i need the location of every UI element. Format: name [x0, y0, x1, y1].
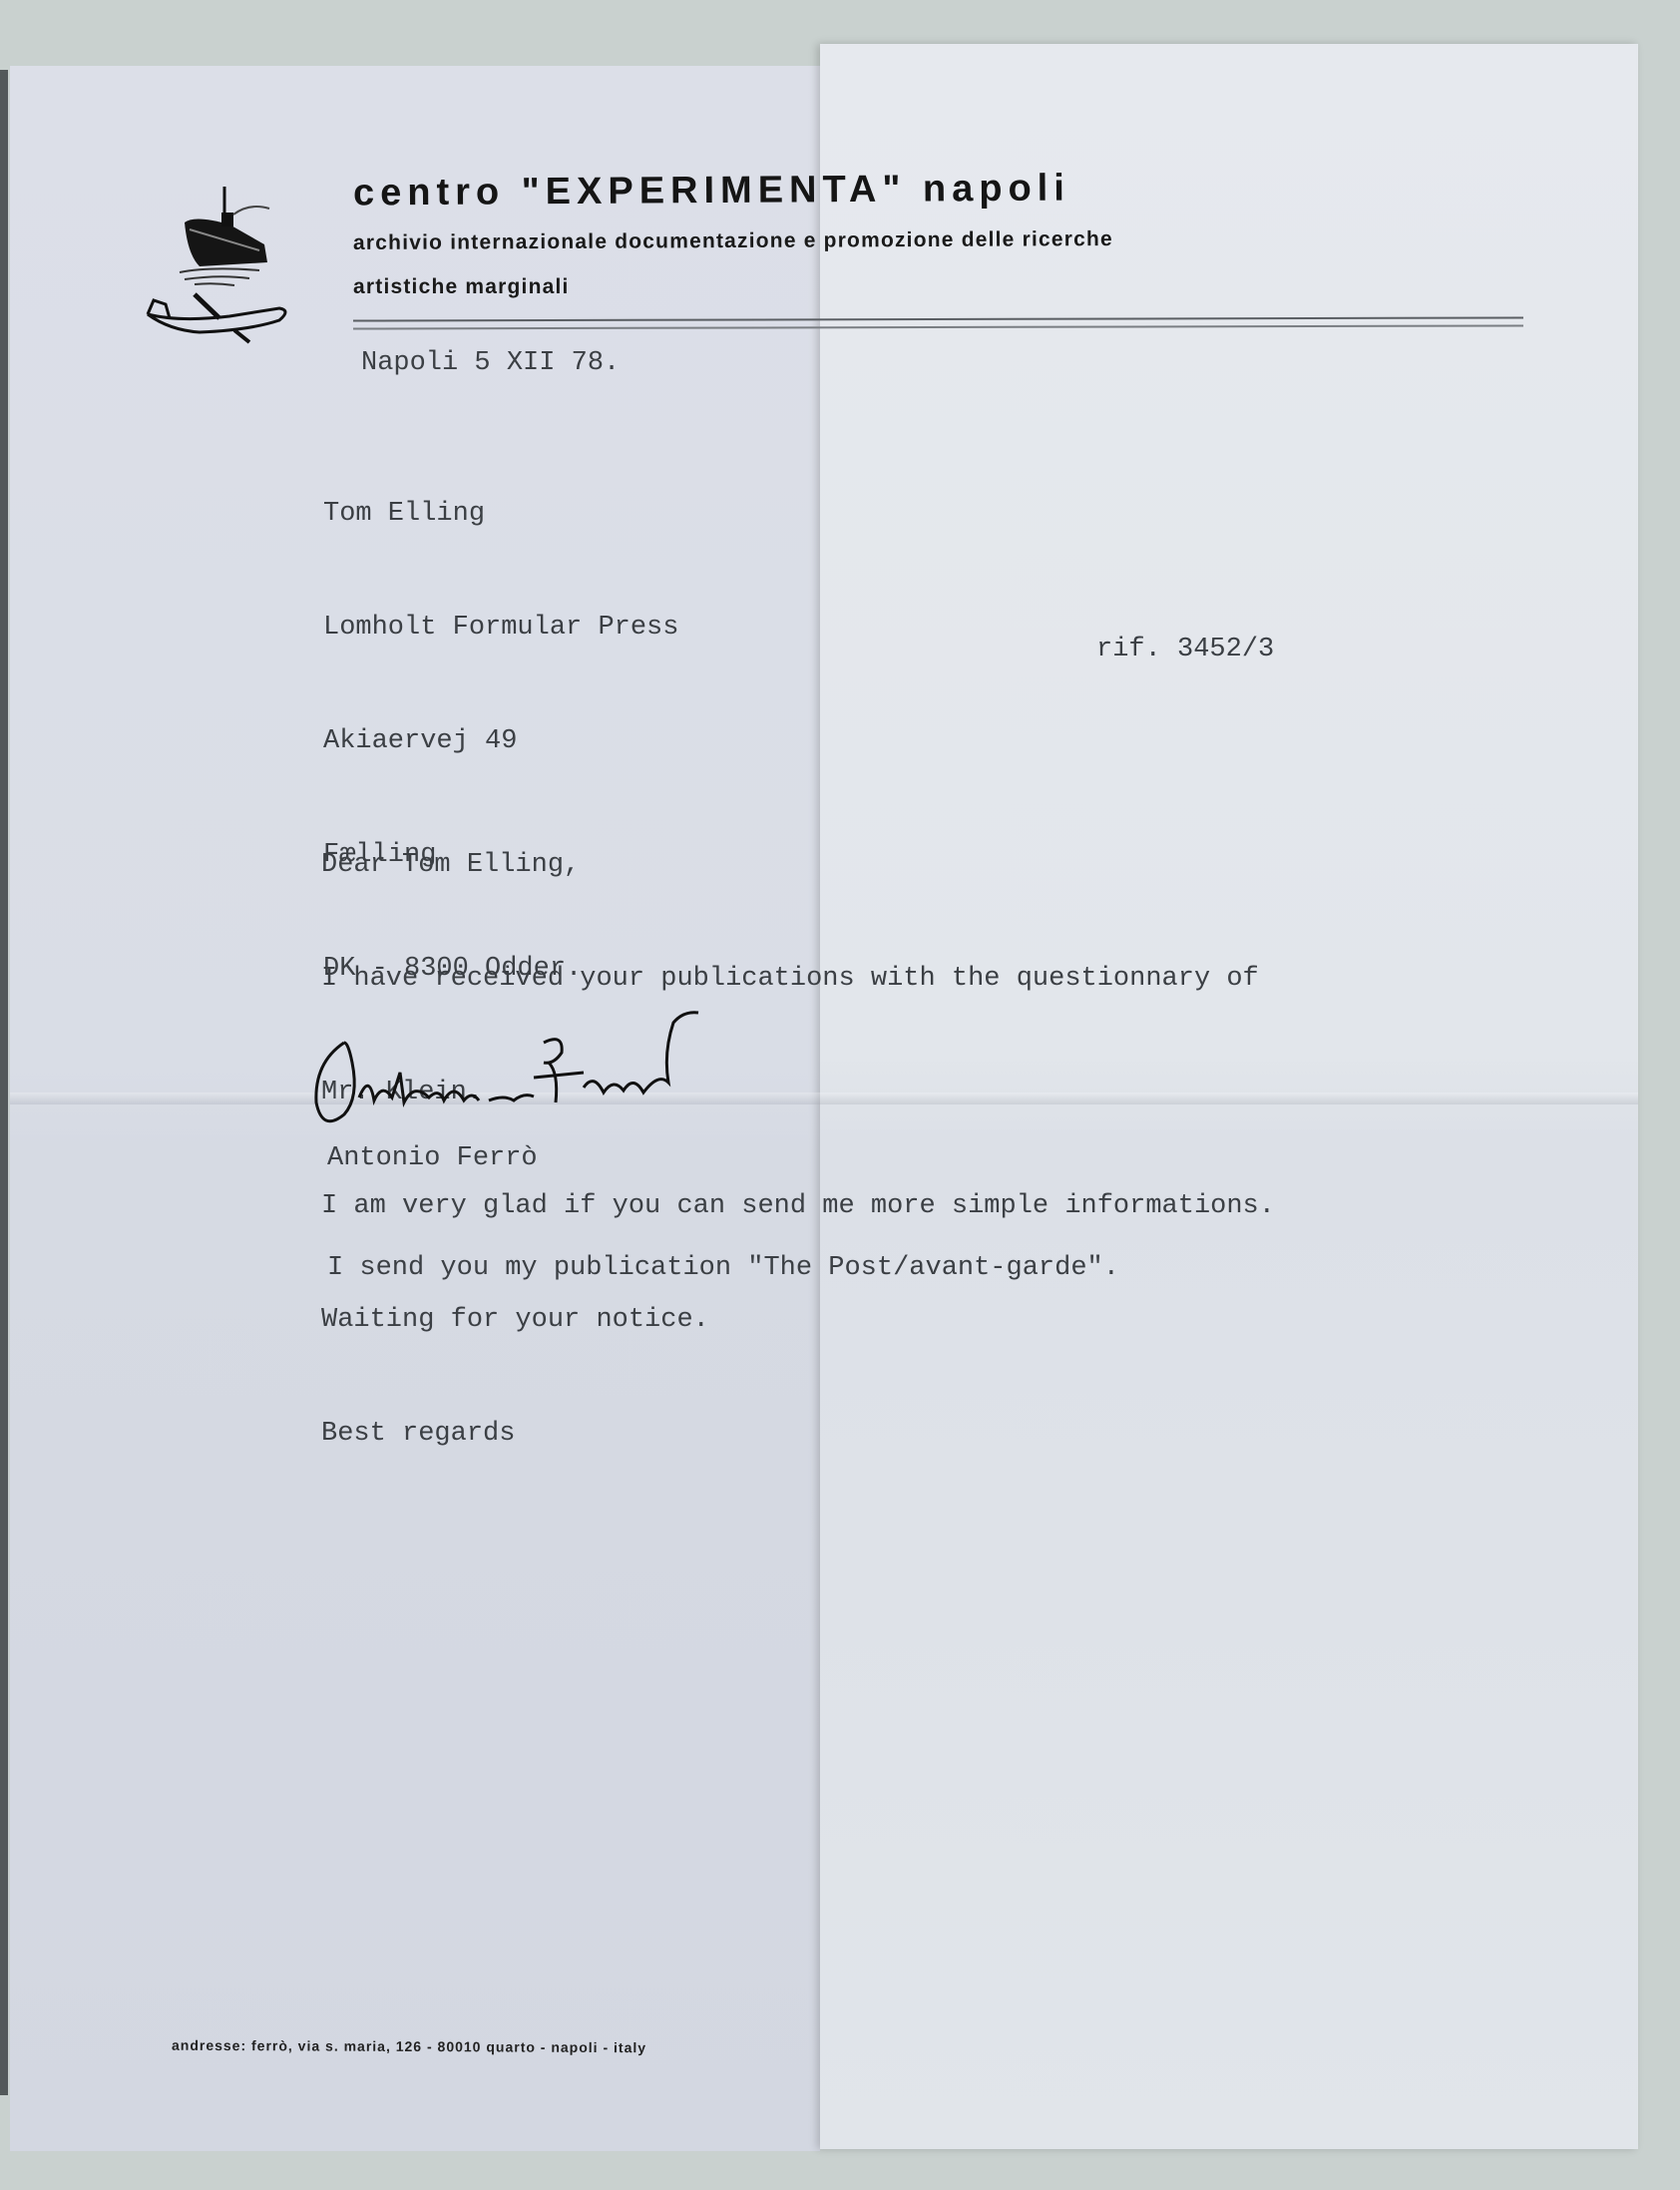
recipient-line: Akiaervej 49 [323, 722, 678, 760]
letterhead-logo [140, 185, 294, 344]
recipient-line: Tom Elling [323, 495, 678, 533]
reference-number: rif. 3452/3 [1096, 631, 1274, 668]
airplane-icon [148, 294, 285, 342]
ship-icon [140, 185, 294, 344]
body-line: Dear Tom Elling, [321, 846, 1275, 884]
recipient-line: Lomholt Formular Press [323, 609, 678, 647]
letterhead-subtitle-line2: artistiche marginali [353, 275, 570, 299]
letterhead-title: centro "EXPERIMENTA" napoli [353, 167, 1070, 215]
signatory-name: Antonio Ferrò [327, 1139, 538, 1177]
letter-date: Napoli 5 XII 78. [361, 344, 620, 382]
letterhead-subtitle-line1: archivio internazionale documentazione e… [353, 227, 1113, 255]
paper-edge-shadow [0, 70, 8, 2095]
postscript: I send you my publication "The Post/avan… [327, 1249, 1119, 1287]
body-line: Waiting for your notice. [321, 1301, 1275, 1339]
handwritten-signature [304, 1003, 843, 1142]
body-line: Best regards [321, 1415, 1275, 1453]
body-line: I am very glad if you can send me more s… [321, 1187, 1275, 1225]
footer-address: andresse: ferrò, via s. maria, 126 - 800… [172, 2037, 646, 2055]
body-line: I have received your publications with t… [321, 960, 1275, 998]
